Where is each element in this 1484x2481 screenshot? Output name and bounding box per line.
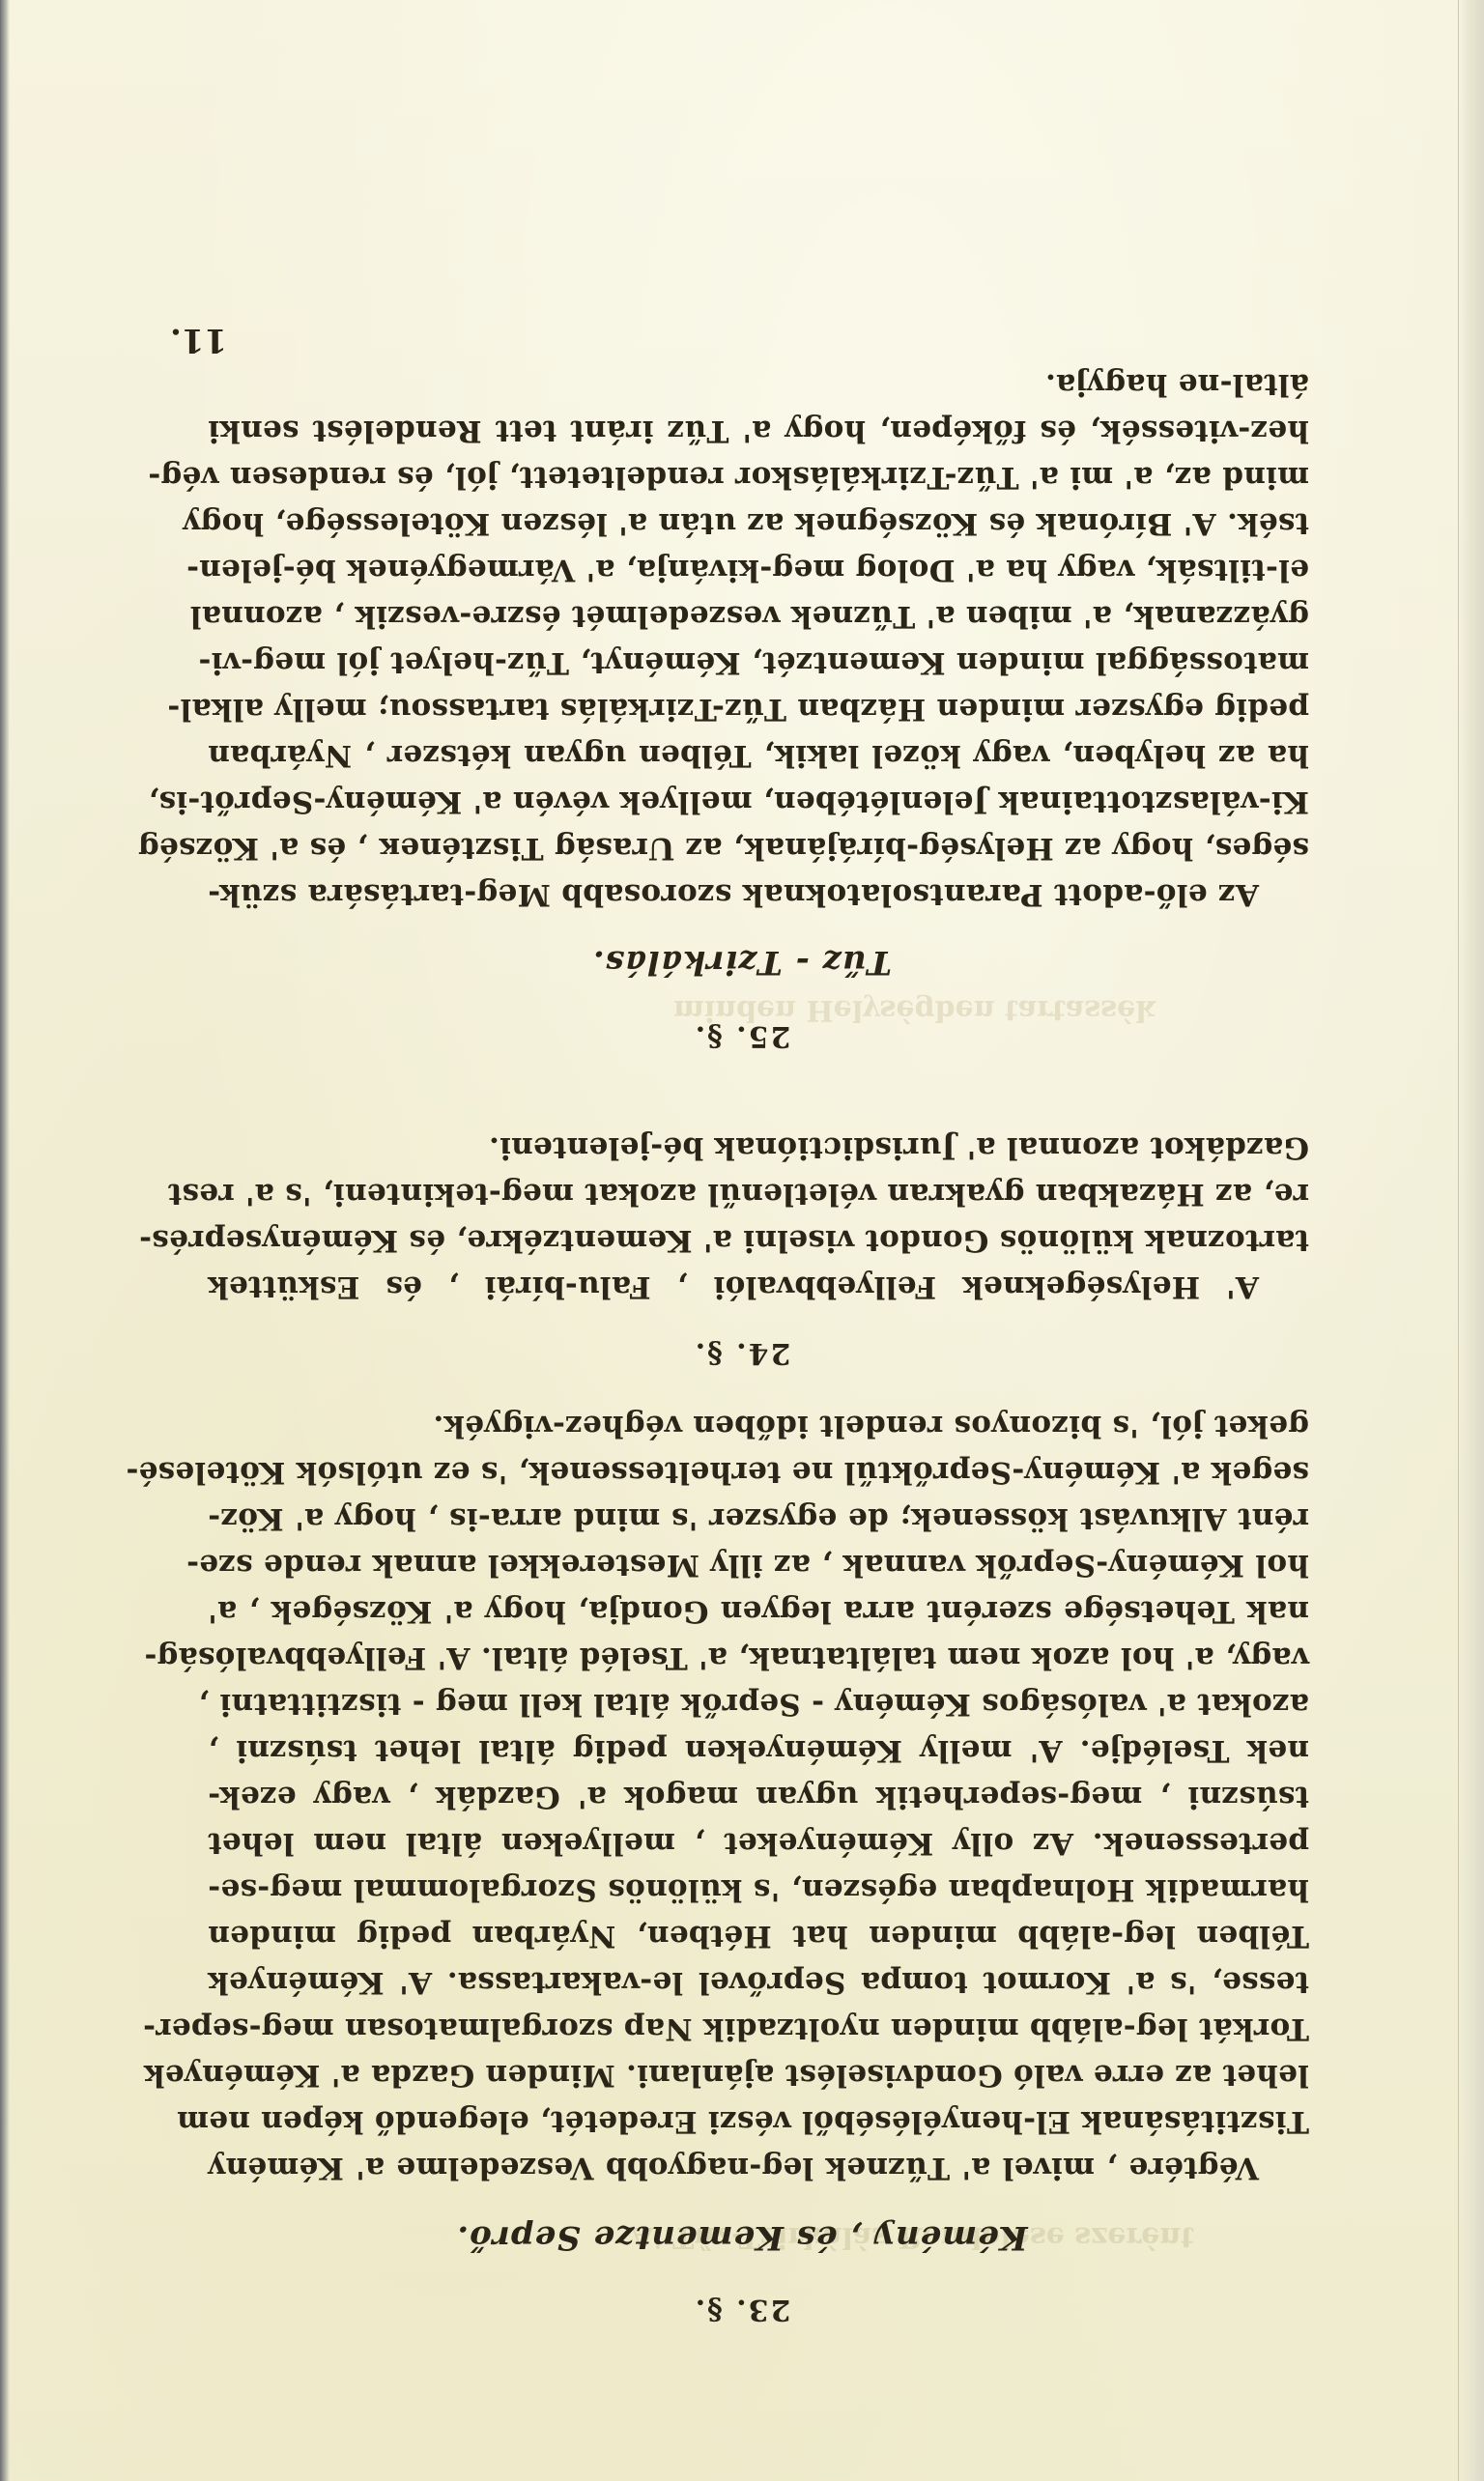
text-line: harmadik Holnapban egészen, 's különös S…	[208, 1867, 1309, 1913]
text-line: Az elő-adott Parantsolatoknak szorosabb …	[208, 871, 1309, 918]
scanned-page: A' Tűz-Tzirkálás Rendelése szerént minde…	[0, 0, 1484, 2481]
section-number: 24. §.	[0, 1336, 1484, 1370]
paragraph: Végtére , mivel a' Tűznek leg-nagyobb Ve…	[208, 1403, 1309, 2191]
text-line: Torkát leg-alább minden nyoltzadik Nap s…	[208, 2006, 1309, 2052]
text-line: hez-vitessék, és főképen, hogy a' Tűz ir…	[208, 408, 1309, 454]
text-line: ha az helyben, vagy közel lakik, Télben …	[208, 732, 1309, 779]
text-line: geket jól, 's bizonyos rendelt időben vé…	[208, 1403, 1309, 1449]
text-line: hol Kémény-Seprők vannak , az illy Meste…	[208, 1542, 1309, 1588]
text-line: Végtére , mivel a' Tűznek leg-nagyobb Ve…	[208, 2145, 1309, 2191]
text-line: rént Alkuvást kössenek; de egyszer 's mi…	[208, 1496, 1309, 1542]
page-number: 11.	[170, 321, 228, 359]
paragraph: Az elő-adott Parantsolatoknak szorosabb …	[208, 361, 1309, 918]
text-line: mind az, a' mi a' Tűz-Tzirkáláskor rende…	[208, 454, 1309, 500]
text-line: által-ne hagyja.	[208, 361, 1309, 408]
section-number: 25. §.	[0, 1019, 1484, 1053]
text-line: tesse, 's a' Kormot tompa Seprővel le-va…	[208, 1959, 1309, 2006]
page-content-rotated: A' Tűz-Tzirkálás Rendelése szerént minde…	[0, 0, 1484, 2481]
paragraph: A' Helységeknek Fellyebbvalói , Falu-bír…	[208, 1125, 1309, 1310]
text-line: lehet az erre való Gondviselést ajánlani…	[208, 2052, 1309, 2098]
section-title: Tűz - Tzirkálás.	[0, 943, 1484, 982]
text-line: el-tiltsák, vagy ha a' Dolog meg-kivánja…	[208, 547, 1309, 593]
text-line: re, az Házakban gyakran véletlenűl azoka…	[208, 1171, 1309, 1217]
text-line: Gazdákot azonnal a' Jurisdictiónak bé-je…	[208, 1125, 1309, 1171]
text-line: tsék. A' Bírónak és Községnek az után a'…	[208, 500, 1309, 547]
text-line: pertessenek. Az olly Kéményeket , mellye…	[208, 1820, 1309, 1867]
text-line: A' Helységeknek Fellyebbvalói , Falu-bír…	[208, 1264, 1309, 1310]
text-line: vagy, a' hol azok nem találtatnak, a' Ts…	[208, 1635, 1309, 1681]
text-line: Ki-választottainak Jelenlétében, mellyek…	[208, 779, 1309, 825]
text-line: azokat a' valóságos Kémény - Seprők álta…	[208, 1681, 1309, 1727]
text-line: gyázzanak, a' miben a' Tűznek veszedelmé…	[208, 593, 1309, 640]
text-line: nak Tehetsége szerént arra legyen Gondja…	[208, 1588, 1309, 1635]
text-line: tsúszni , meg-seperhetik ugyan magok a' …	[208, 1774, 1309, 1820]
text-line: segek a' Kémény-Seprőktűl ne terheltesse…	[208, 1449, 1309, 1496]
section-number: 23. §.	[0, 2293, 1484, 2326]
section-title: Kémény , és Kementze Seprő.	[0, 2218, 1484, 2257]
text-line: Tisztitásának El-henyéléséből vészi Ered…	[208, 2098, 1309, 2145]
text-line: Télben leg-alább minden hat Hétben, Nyár…	[208, 1913, 1309, 1959]
text-line: tartoznak különös Gondot viselni a' Keme…	[208, 1217, 1309, 1264]
text-line: matossággal minden Kementzét, Kéményt, T…	[208, 640, 1309, 686]
text-line: séges, hogy az Helység-bírájának, az Ura…	[208, 825, 1309, 871]
text-line: nek Tselédje. A' melly Kéményeken pedig …	[208, 1727, 1309, 1774]
text-line: pedig egyszer minden Házban Tűz-Tzirkálá…	[208, 686, 1309, 732]
